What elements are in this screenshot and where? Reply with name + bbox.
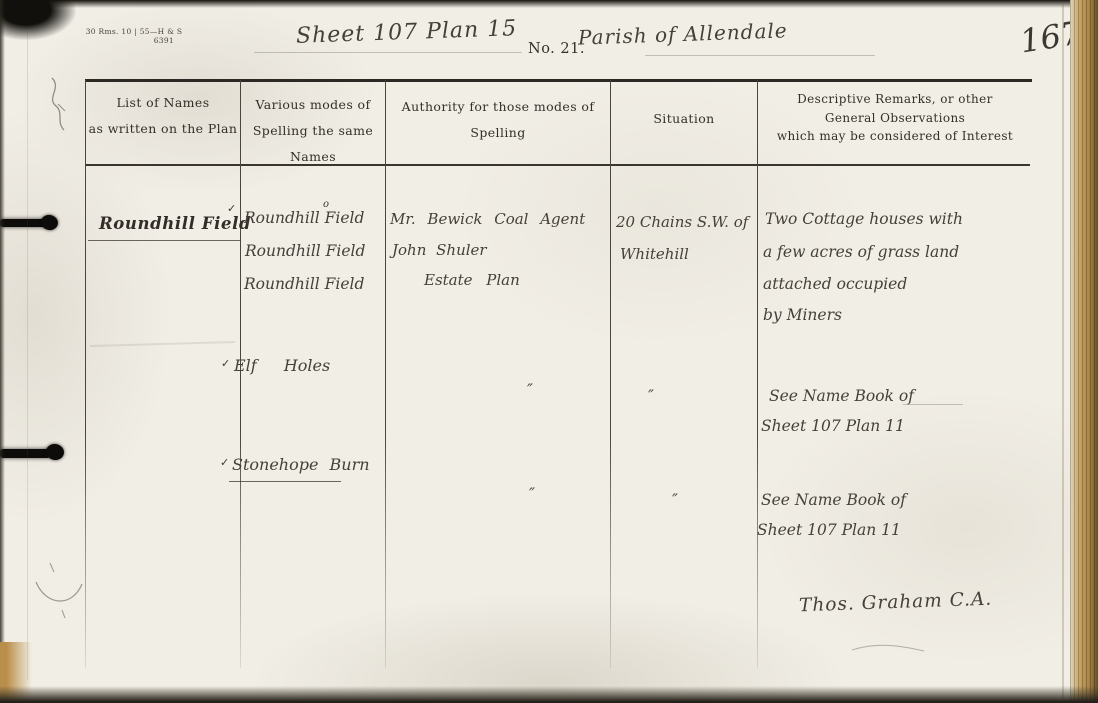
authority-line: Mr. Bewick Coal Agent [390,210,585,228]
parish-label: Parish of Allendale [578,18,788,49]
entry-name-underline [88,240,240,241]
situation-line: Whitehill [620,245,689,263]
column-header-remarks: Descriptive Remarks, or other General Ob… [760,90,1030,146]
entry-spelling: Roundhill Field [244,209,364,227]
remark-line: See Name Book of [761,491,906,509]
printer-stamp-line1: 30 Rms. 10 | 55—H & S [76,27,192,36]
signature-flourish [852,645,924,651]
surveyor-signature: Thos. Graham C.A. [799,589,993,617]
check-mark: ✓ [220,456,229,469]
column-header-line: Descriptive Remarks, or other [760,90,1030,109]
column-header-line: as written on the Plan [87,116,239,142]
column-header-line: Spelling the same Names [242,118,384,170]
margin-squiggle [52,78,64,130]
remark-line: a few acres of grass land [763,243,959,261]
check-mark: ✓ [227,202,236,215]
correction-mark: o [323,199,329,210]
paper-crease [90,342,235,346]
scan-edge-bottom [0,686,1098,703]
column-header-authority: Authority for those modes of Spelling [387,94,609,146]
remark-line: by Miners [763,306,842,324]
check-mark: ✓ [221,357,230,370]
column-header-line: Various modes of [242,92,384,118]
column-header-spellings: Various modes of Spelling the same Names [242,92,384,170]
book-page-edges [1070,0,1098,703]
margin-tick [58,104,65,111]
printer-stamp-line2: 6391 [76,36,192,45]
situation-line: 20 Chains S.W. of [616,213,748,231]
column-header-line: List of Names [87,90,239,116]
remark-line: Sheet 107 Plan 11 [761,417,905,435]
column-header-line: Spelling [387,120,609,146]
binder-lace-knot [45,443,66,462]
table-top-border [85,79,1032,82]
paper-sheet: 30 Rms. 10 | 55—H & S 6391 Sheet 107 Pla… [0,0,1098,703]
ditto-mark: ″ [527,380,533,399]
page-crease [27,30,28,680]
entry-name: Roundhill Field [99,214,251,233]
authority-line: Estate Plan [424,271,520,289]
scanned-page: 30 Rms. 10 | 55—H & S 6391 Sheet 107 Pla… [0,0,1098,703]
column-header-line: General Observations [760,109,1030,128]
column-header-names: List of Names as written on the Plan [87,90,239,142]
authority-line: John Shuler [392,241,487,259]
column-header-situation: Situation [612,106,756,132]
scan-edge-left [0,0,5,703]
margin-tick [50,563,65,618]
binder-lace-knot [39,213,59,232]
binder-lace [0,449,50,458]
remark-line: Sheet 107 Plan 11 [757,521,901,539]
entry-name-underline [229,481,341,482]
column-divider-4 [757,80,758,668]
remark-line: Two Cottage houses with [765,210,963,228]
sheet-label: Sheet 107 Plan 15 [296,16,518,49]
table-header-underline [85,164,1030,166]
entry-spelling: Roundhill Field [244,275,364,293]
parish-underline [645,55,875,56]
ditto-mark: ″ [529,484,535,503]
sheet-underline [254,52,522,53]
remark-line: See Name Book of [769,387,914,405]
column-header-line: Situation [612,106,756,132]
margin-arc [36,582,82,601]
remark-line: attached occupied [763,275,907,293]
column-divider-2 [385,80,386,668]
scan-corner-top-left [0,0,76,40]
scan-edge-top [0,0,1098,8]
column-divider-3 [610,80,611,668]
ditto-mark: ″ [672,490,678,509]
table-border-left [85,80,86,668]
entry-spelling: Roundhill Field [245,242,365,260]
entry-name: Elf Holes [234,356,330,375]
column-header-line: which may be considered of Interest [760,127,1030,146]
entry-name: Stonehope Burn [232,455,370,474]
column-header-line: Authority for those modes of [387,94,609,120]
binder-lace [0,219,46,227]
printer-stamp: 30 Rms. 10 | 55—H & S 6391 [76,27,192,45]
ditto-mark: ″ [648,386,654,405]
remark-underline [903,404,963,405]
paper-edge-line [1062,4,1064,699]
book-number-label: No. 21. [528,41,585,57]
